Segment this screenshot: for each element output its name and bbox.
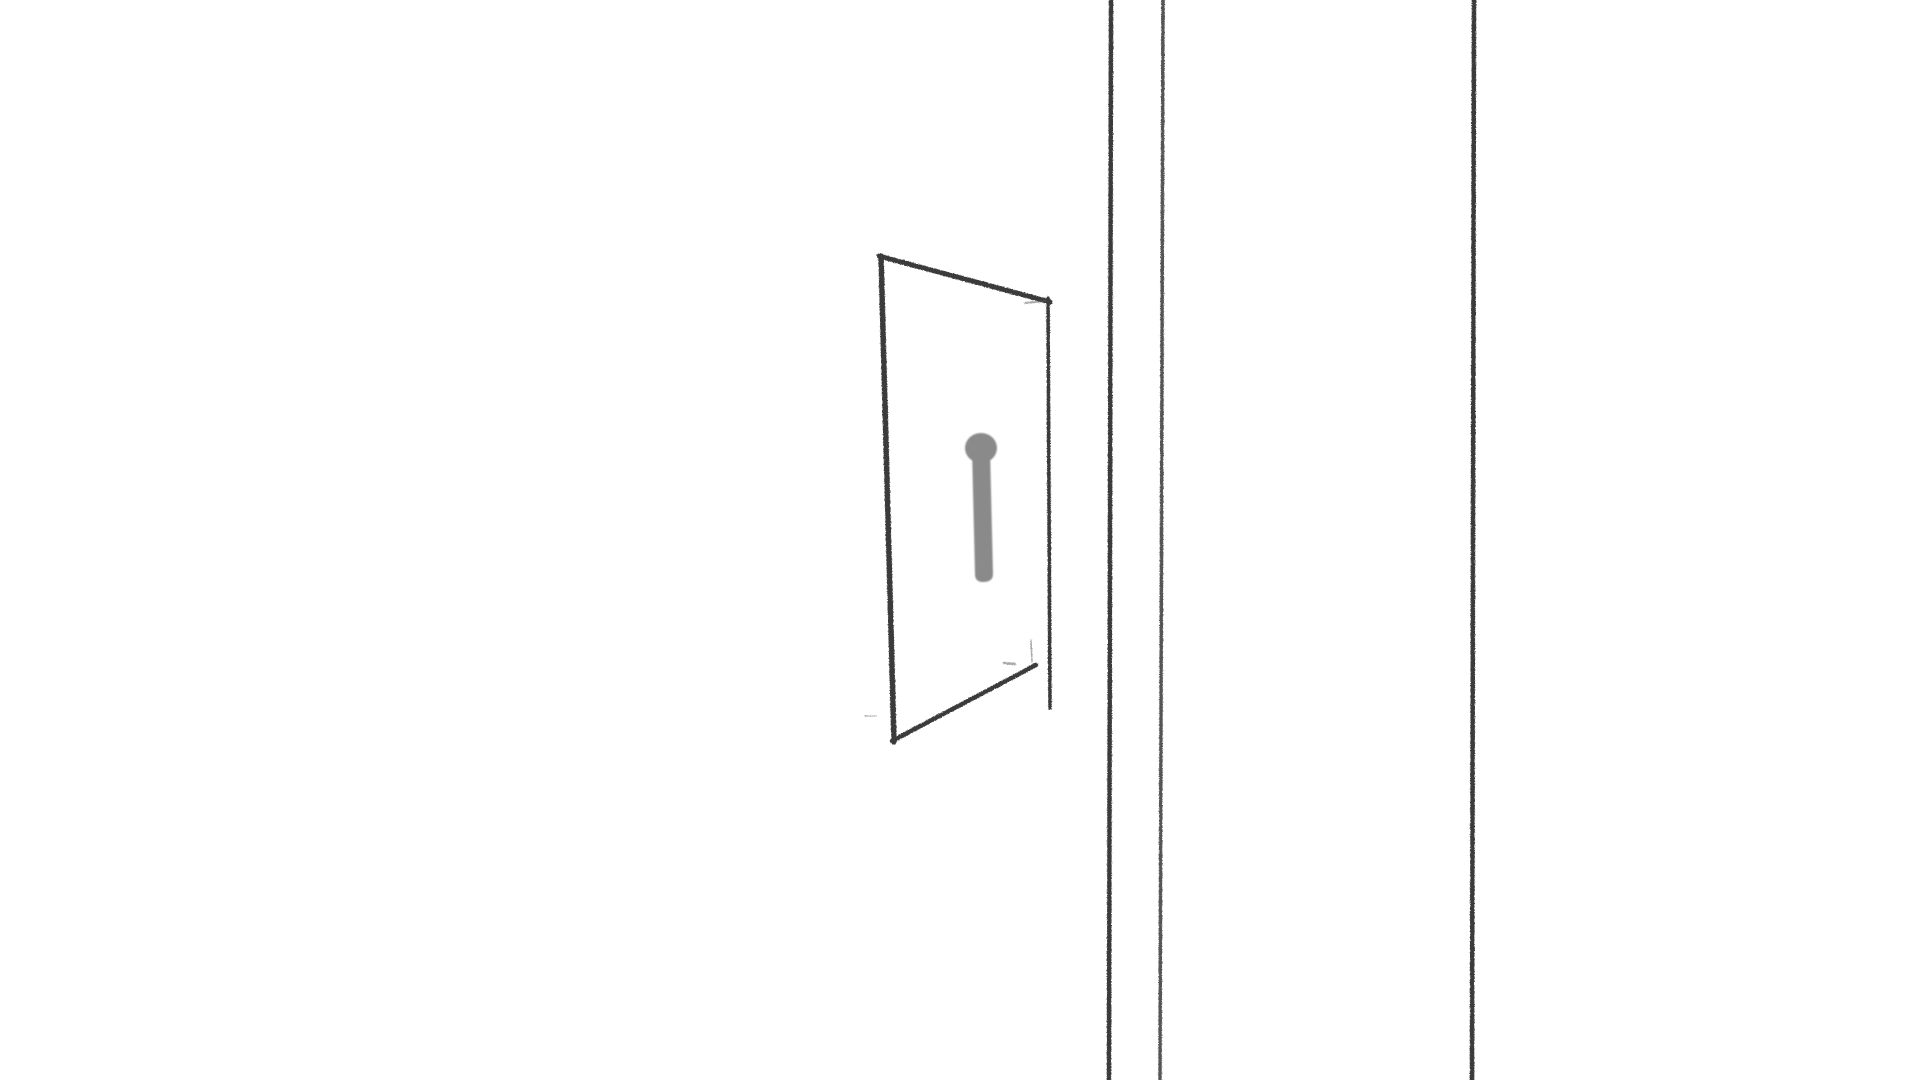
door-frame-line-2 xyxy=(1160,0,1163,1080)
door-frame xyxy=(1109,0,1474,1080)
keyhole-icon xyxy=(965,433,997,582)
keyhole-plate xyxy=(865,256,1050,742)
door-frame-line-1 xyxy=(1109,0,1111,1080)
door-frame-line-3 xyxy=(1472,0,1474,1080)
sketch-canvas xyxy=(0,0,1920,1080)
